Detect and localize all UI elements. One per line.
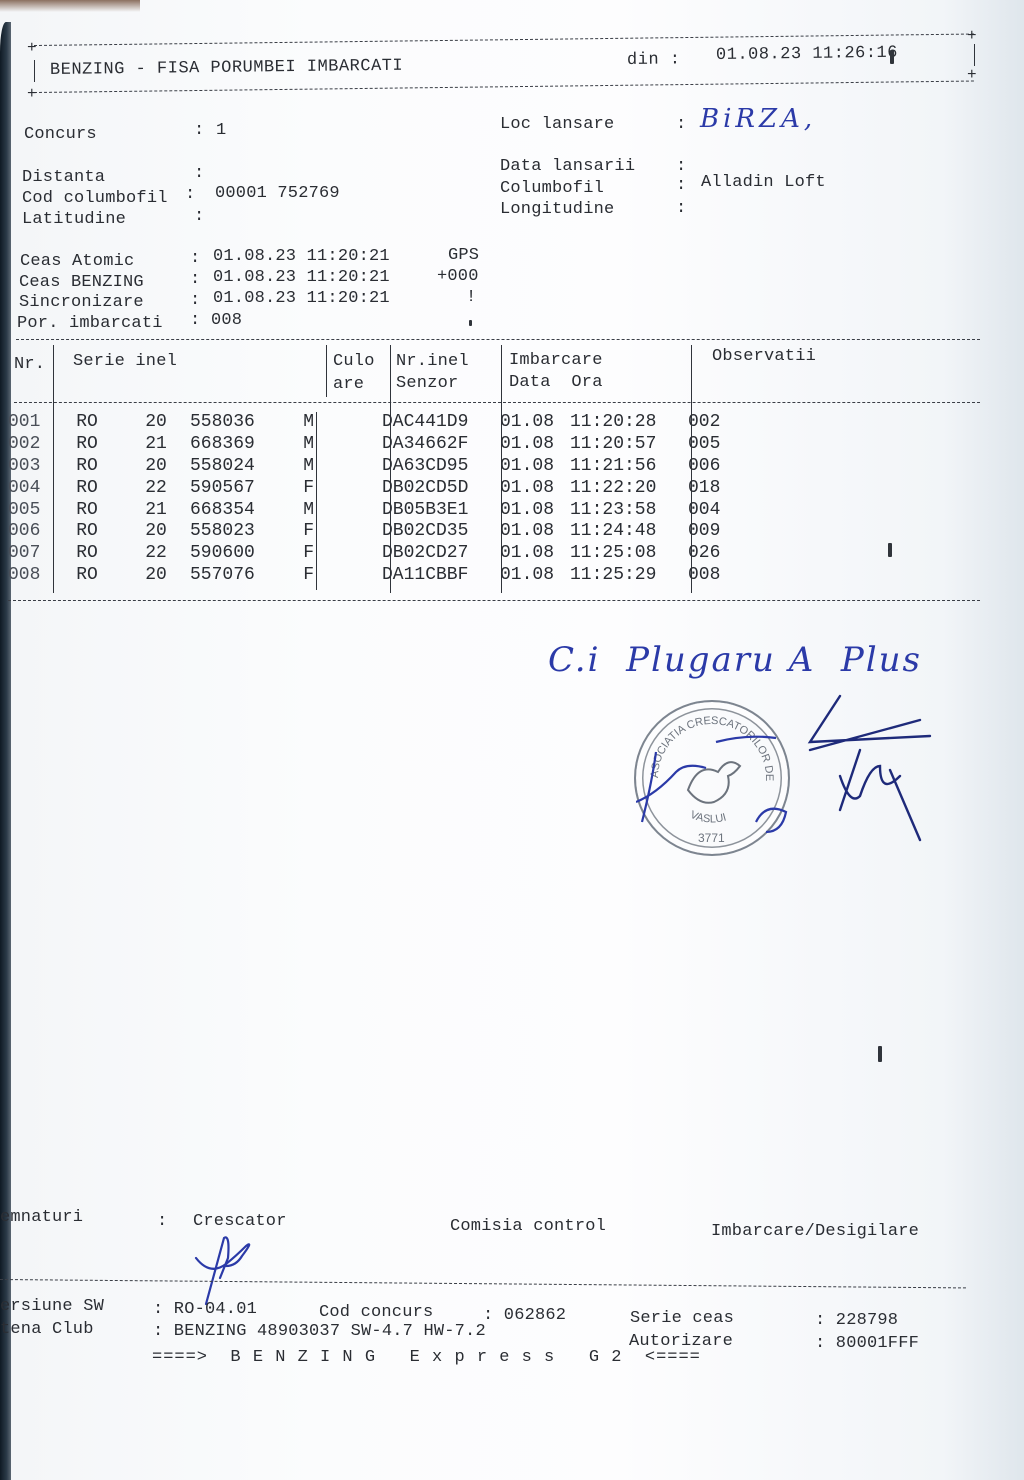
table-row: 002RO21668369MDA34662F01.0811:20:57005: [8, 434, 720, 456]
sensor-id: DA63CD95: [376, 456, 494, 478]
ring-year: 20: [122, 565, 190, 587]
ring-country: RO: [52, 456, 122, 478]
header-culoare-2: are: [333, 374, 364, 395]
sex: F: [282, 565, 318, 587]
latitudine-label: Latitudine: [22, 209, 126, 230]
commission-signature: [800, 690, 940, 850]
embark-date: 01.08: [494, 412, 570, 434]
stamp-signature: [636, 702, 788, 854]
embark-date: 01.08: [494, 477, 570, 499]
ring-year: 20: [122, 456, 190, 478]
observation: 018: [682, 477, 720, 499]
table-header-border: [14, 402, 980, 403]
row-number: 006: [8, 521, 52, 543]
ring-country: RO: [52, 434, 122, 456]
sex: F: [282, 521, 318, 543]
sex: F: [282, 543, 318, 565]
sex: F: [282, 477, 318, 499]
header-right-bar: [974, 44, 975, 66]
color: [318, 456, 376, 478]
sensor-id: DB05B3E1: [376, 499, 494, 521]
observation: 005: [682, 434, 720, 456]
pigeon-table: 001RO20558036MDAC441D901.0811:20:2800200…: [8, 412, 720, 586]
ceas-benzing-value: 01.08.23 11:20:21: [213, 267, 390, 288]
print-speck: [888, 543, 892, 557]
semnaturi-sep: :: [157, 1211, 167, 1232]
date-label: din :: [627, 49, 681, 71]
ceas-benzing-offset: +000: [437, 266, 479, 287]
ring-number: 558024: [190, 456, 282, 478]
embark-date: 01.08: [494, 434, 570, 456]
columbofil-sep: :: [676, 175, 686, 196]
longitudine-label: Longitudine: [500, 199, 614, 220]
data-lansarii-sep: :: [676, 156, 686, 177]
versiune-sw-value: : RO-04.01: [153, 1299, 257, 1320]
crescator-signature: [192, 1232, 262, 1306]
porumbei-imbarcati-label: Por. imbarcati: [17, 313, 163, 334]
cod-columbofil-value: 00001 752769: [215, 183, 340, 204]
embark-time: 11:22:20: [570, 477, 682, 499]
header-imbarcare-2: Data Ora: [509, 372, 603, 393]
color: [318, 434, 376, 456]
loc-lansare-label: Loc lansare: [500, 114, 614, 135]
embark-date: 01.08: [494, 456, 570, 478]
observation: 009: [682, 521, 720, 543]
header-serie-inel: Serie inel: [73, 351, 177, 372]
sensor-id: DB02CD5D: [376, 477, 494, 499]
table-bottom-border: [8, 600, 980, 601]
ring-country: RO: [52, 412, 122, 434]
versiune-sw-label: ersiune SW: [0, 1296, 104, 1317]
color: [318, 499, 376, 521]
corner-plus: +: [967, 67, 977, 83]
header-nr-inel-1: Nr.inel: [396, 351, 469, 372]
ring-country: RO: [52, 565, 122, 587]
loc-lansare-sep: :: [676, 114, 686, 135]
embark-time: 11:23:58: [570, 499, 682, 521]
ring-number: 590567: [190, 477, 282, 499]
embark-time: 11:20:57: [570, 434, 682, 456]
color: [318, 565, 376, 587]
sensor-id: DA34662F: [376, 434, 494, 456]
color: [318, 477, 376, 499]
club-stamp: ASOCIATIA CRESCATORILOR DE PORUMBEI VASL…: [634, 700, 790, 856]
ring-number: 668369: [190, 434, 282, 456]
table-row: 006RO20558023FDB02CD3501.0811:24:48009: [8, 521, 720, 543]
document-title: BENZING - FISA PORUMBEI IMBARCATI: [50, 56, 403, 81]
distanta-sep: :: [194, 163, 204, 184]
benzing-express-banner: ====> B E N Z I N G E x p r e s s G 2 <=…: [152, 1347, 701, 1368]
ring-number: 590600: [190, 543, 282, 565]
observation: 004: [682, 499, 720, 521]
row-number: 004: [8, 477, 52, 499]
ring-year: 21: [122, 434, 190, 456]
row-number: 002: [8, 434, 52, 456]
color: [318, 412, 376, 434]
sex: M: [282, 499, 318, 521]
embark-time: 11:21:56: [570, 456, 682, 478]
ring-year: 20: [122, 412, 190, 434]
color: [318, 521, 376, 543]
observation: 026: [682, 543, 720, 565]
print-speck: [890, 50, 894, 64]
columbofil-label: Columbofil: [500, 178, 604, 199]
longitudine-sep: :: [676, 198, 686, 219]
ceas-atomic-label: Ceas Atomic: [20, 251, 134, 272]
ring-year: 22: [122, 477, 190, 499]
latitudine-sep: :: [194, 206, 204, 227]
row-number: 008: [8, 565, 52, 587]
sensor-id: DB02CD35: [376, 521, 494, 543]
ring-year: 22: [122, 543, 190, 565]
table-row: 008RO20557076FDA11CBBF01.0811:25:29008: [8, 565, 720, 587]
header-culoare-1: Culo: [333, 351, 375, 372]
handwritten-note: C.i Plugaru A Plus: [548, 640, 922, 680]
header-left-bar: [34, 60, 35, 82]
comisia-control-label: Comisia control: [450, 1216, 606, 1237]
ring-country: RO: [52, 543, 122, 565]
observation: 008: [682, 565, 720, 587]
cod-concurs-label: Cod concurs: [319, 1302, 433, 1323]
header-nr-inel-2: Senzor: [396, 373, 458, 394]
embark-time: 11:20:28: [570, 412, 682, 434]
corner-plus: +: [967, 28, 977, 44]
sincronizare-sep: :: [190, 290, 200, 311]
print-speck: [469, 320, 472, 326]
color: [318, 543, 376, 565]
concurs-label: Concurs: [24, 124, 97, 145]
header-nr: Nr.: [14, 354, 45, 375]
imbarcare-desigilare-label: Imbarcare/Desigilare: [711, 1221, 919, 1242]
print-speck: [878, 1046, 882, 1062]
ceas-benzing-sep: :: [190, 269, 200, 290]
sincronizare-label: Sincronizare: [19, 292, 144, 313]
data-lansarii-label: Data lansarii: [500, 156, 635, 177]
crescator-label: Crescator: [193, 1211, 287, 1232]
observation: 002: [682, 412, 720, 434]
table-row: 003RO20558024MDA63CD9501.0811:21:56006: [8, 456, 720, 478]
concurs-value: 1: [216, 120, 226, 141]
table-row: 007RO22590600FDB02CD2701.0811:25:08026: [8, 543, 720, 565]
loc-lansare-handwritten: BiRZA,: [700, 104, 816, 134]
row-number: 003: [8, 456, 52, 478]
ring-country: RO: [52, 477, 122, 499]
cod-columbofil-sep: :: [185, 184, 195, 205]
sex: M: [282, 456, 318, 478]
document-datetime: 01.08.23 11:26:16: [716, 43, 898, 66]
ceas-atomic-source: GPS: [448, 245, 479, 266]
ring-country: RO: [52, 521, 122, 543]
antena-club-value: : BENZING 48903037 SW-4.7 HW-7.2: [153, 1321, 486, 1342]
autorizare-value: : 80001FFF: [815, 1333, 919, 1354]
antena-club-label: tena Club: [0, 1319, 94, 1340]
ring-number: 557076: [190, 565, 282, 587]
embark-date: 01.08: [494, 521, 570, 543]
ring-number: 558036: [190, 412, 282, 434]
ceas-atomic-value: 01.08.23 11:20:21: [213, 246, 390, 267]
cod-concurs-value: : 062862: [483, 1305, 566, 1326]
columbofil-value: Alladin Loft: [701, 172, 826, 193]
embark-time: 11:25:29: [570, 565, 682, 587]
semnaturi-label: emnaturi: [0, 1207, 83, 1228]
cod-columbofil-label: Cod columbofil: [22, 188, 168, 209]
ring-country: RO: [52, 499, 122, 521]
embark-date: 01.08: [494, 499, 570, 521]
ceas-atomic-sep: :: [190, 248, 200, 269]
table-row: 001RO20558036MDAC441D901.0811:20:28002: [8, 412, 720, 434]
header-imbarcare-1: Imbarcare: [509, 350, 603, 371]
table-row: 005RO21668354MDB05B3E101.0811:23:58004: [8, 499, 720, 521]
col-divider-culoare-head: [326, 345, 327, 397]
sincronizare-value: 01.08.23 11:20:21: [213, 288, 390, 309]
concurs-sep: :: [194, 120, 204, 141]
embark-date: 01.08: [494, 543, 570, 565]
scan-corner-shadow: [0, 0, 140, 12]
embark-time: 11:25:08: [570, 543, 682, 565]
observation: 006: [682, 456, 720, 478]
ring-year: 21: [122, 499, 190, 521]
sensor-id: DAC441D9: [376, 412, 494, 434]
porumbei-imbarcati-sep: :: [190, 310, 200, 331]
ring-year: 20: [122, 521, 190, 543]
ring-number: 558023: [190, 521, 282, 543]
distanta-label: Distanta: [22, 167, 105, 188]
scan-edge-shadow: [0, 22, 11, 1480]
sex: M: [282, 412, 318, 434]
embark-date: 01.08: [494, 565, 570, 587]
sensor-id: DB02CD27: [376, 543, 494, 565]
serie-ceas-label: Serie ceas: [630, 1308, 734, 1329]
corner-plus: +: [27, 86, 37, 102]
row-number: 007: [8, 543, 52, 565]
serie-ceas-value: : 228798: [815, 1310, 898, 1331]
header-observatii: Observatii: [712, 346, 816, 367]
sincronizare-flag: !: [466, 287, 476, 308]
ceas-benzing-label: Ceas BENZING: [19, 272, 144, 293]
row-number: 005: [8, 499, 52, 521]
sensor-id: DA11CBBF: [376, 565, 494, 587]
sex: M: [282, 434, 318, 456]
porumbei-imbarcati-count: 008: [211, 310, 242, 331]
embark-time: 11:24:48: [570, 521, 682, 543]
ring-number: 668354: [190, 499, 282, 521]
table-top-border: [16, 339, 980, 340]
row-number: 001: [8, 412, 52, 434]
table-row: 004RO22590567FDB02CD5D01.0811:22:20018: [8, 477, 720, 499]
corner-plus: +: [27, 40, 37, 56]
